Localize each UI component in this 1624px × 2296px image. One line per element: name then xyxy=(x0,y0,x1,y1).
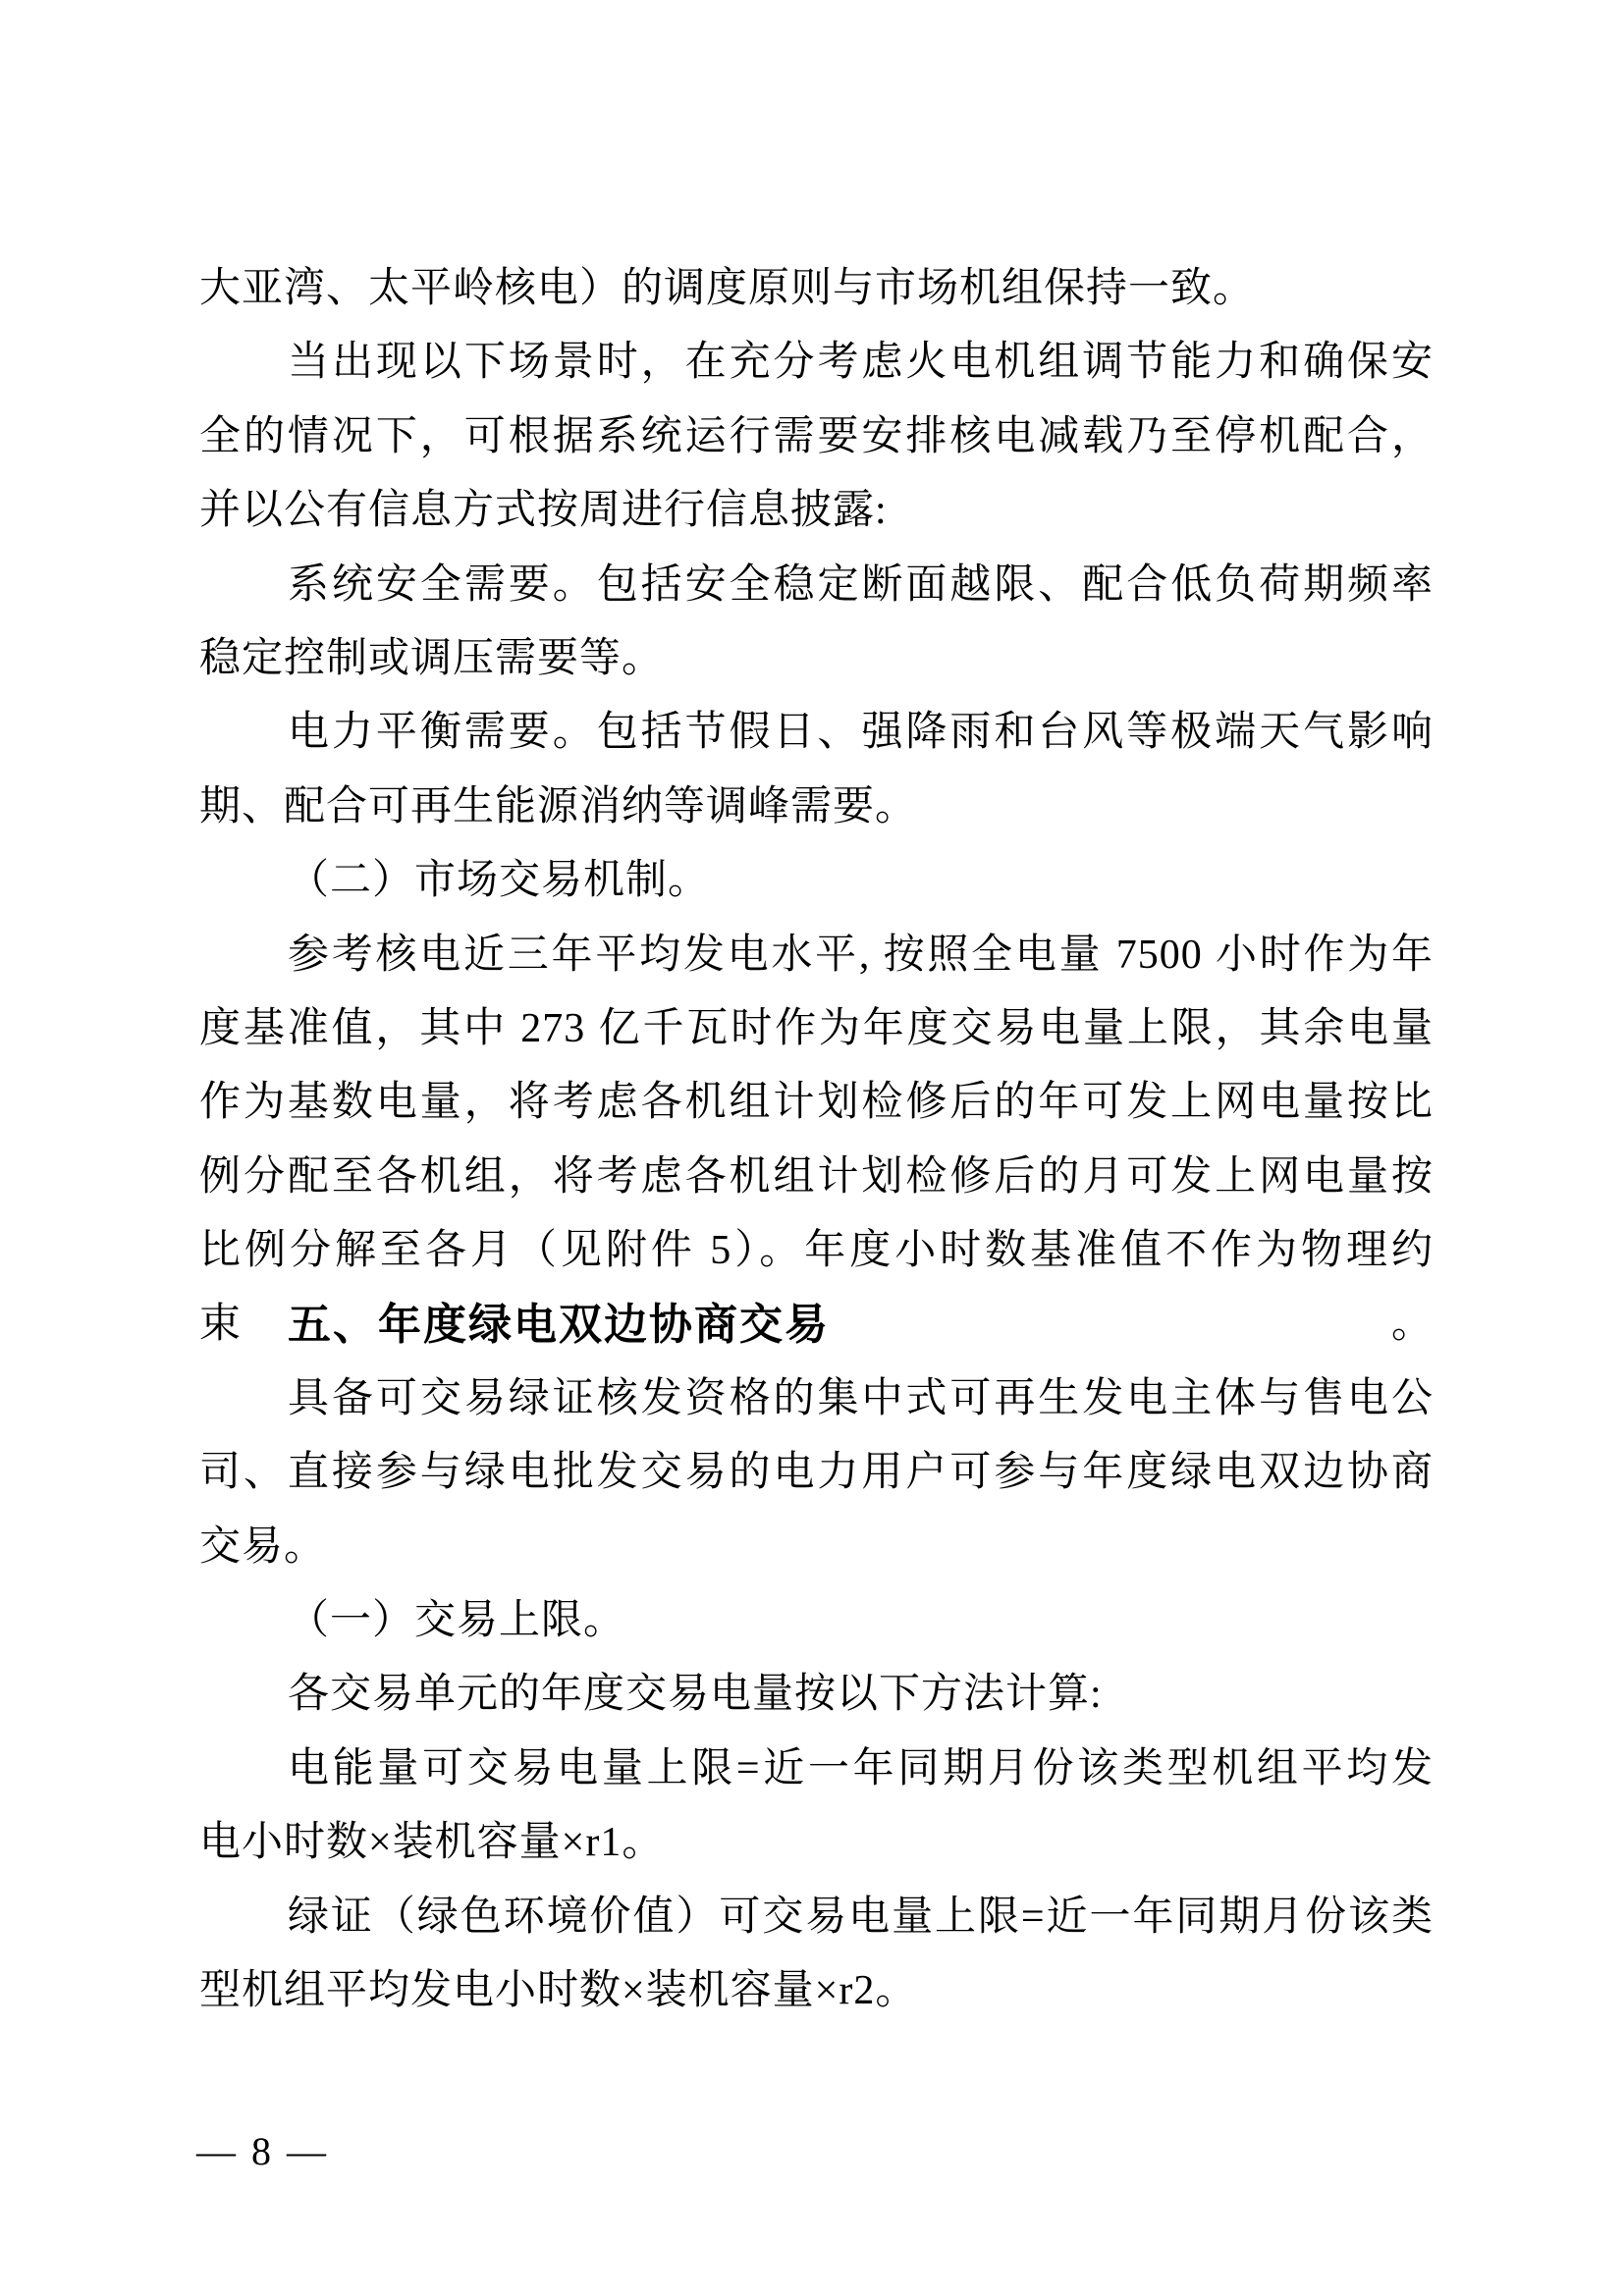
text-line: 当出现以下场景时，在充分考虑火电机组调节能力和确保安 xyxy=(199,326,1434,400)
text-line: 型机组平均发电小时数×装机容量×r2。 xyxy=(199,1954,1434,2028)
text-line: 交易。 xyxy=(199,1511,1434,1584)
text-line: 电小时数×装机容量×r1。 xyxy=(199,1806,1434,1880)
text-line: 并以公有信息方式按周进行信息披露: xyxy=(199,474,1434,548)
text-line: 具备可交易绿证核发资格的集中式可再生发电主体与售电公 xyxy=(199,1362,1434,1436)
text-line: 绿证（绿色环境价值）可交易电量上限=近一年同期月份该类 xyxy=(199,1881,1434,1954)
text-line: 电能量可交易电量上限=近一年同期月份该类型机组平均发 xyxy=(199,1733,1434,1806)
text-line: 各交易单元的年度交易电量按以下方法计算: xyxy=(199,1658,1434,1732)
text-line: 参考核电近三年平均发电水平, 按照全电量 7500 小时作为年 xyxy=(199,919,1434,992)
page-number: — 8 — xyxy=(196,2122,329,2181)
text-line: 大亚湾、太平岭核电）的调度原则与市场机组保持一致。 xyxy=(199,252,1434,326)
document-body: 大亚湾、太平岭核电）的调度原则与市场机组保持一致。 当出现以下场景时，在充分考虑… xyxy=(199,252,1434,2028)
text-line: 例分配至各机组，将考虑各机组计划检修后的月可发上网电量按 xyxy=(199,1141,1434,1214)
text-line: 期、配合可再生能源消纳等调峰需要。 xyxy=(199,771,1434,844)
text-line: 电力平衡需要。包括节假日、强降雨和台风等极端天气影响 xyxy=(199,696,1434,770)
text-line: 稳定控制或调压需要等。 xyxy=(199,622,1434,696)
text-line: 度基准值，其中 273 亿千瓦时作为年度交易电量上限，其余电量 xyxy=(199,992,1434,1066)
document-page: 大亚湾、太平岭核电）的调度原则与市场机组保持一致。 当出现以下场景时，在充分考虑… xyxy=(0,0,1624,2296)
text-line: 比例分解至各月（见附件 5）。年度小时数基准值不作为物理约束。 xyxy=(199,1214,1434,1288)
text-line: 系统安全需要。包括安全稳定断面越限、配合低负荷期频率 xyxy=(199,549,1434,622)
subsection-title: （二）市场交易机制。 xyxy=(199,844,1434,918)
text-line: 作为基数电量，将考虑各机组计划检修后的年可发上网电量按比 xyxy=(199,1066,1434,1140)
text-line: 全的情况下，可根据系统运行需要安排核电减载乃至停机配合， xyxy=(199,400,1434,474)
subsection-title: （一）交易上限。 xyxy=(199,1584,1434,1658)
text-line: 司、直接参与绿电批发交易的电力用户可参与年度绿电双边协商 xyxy=(199,1436,1434,1510)
